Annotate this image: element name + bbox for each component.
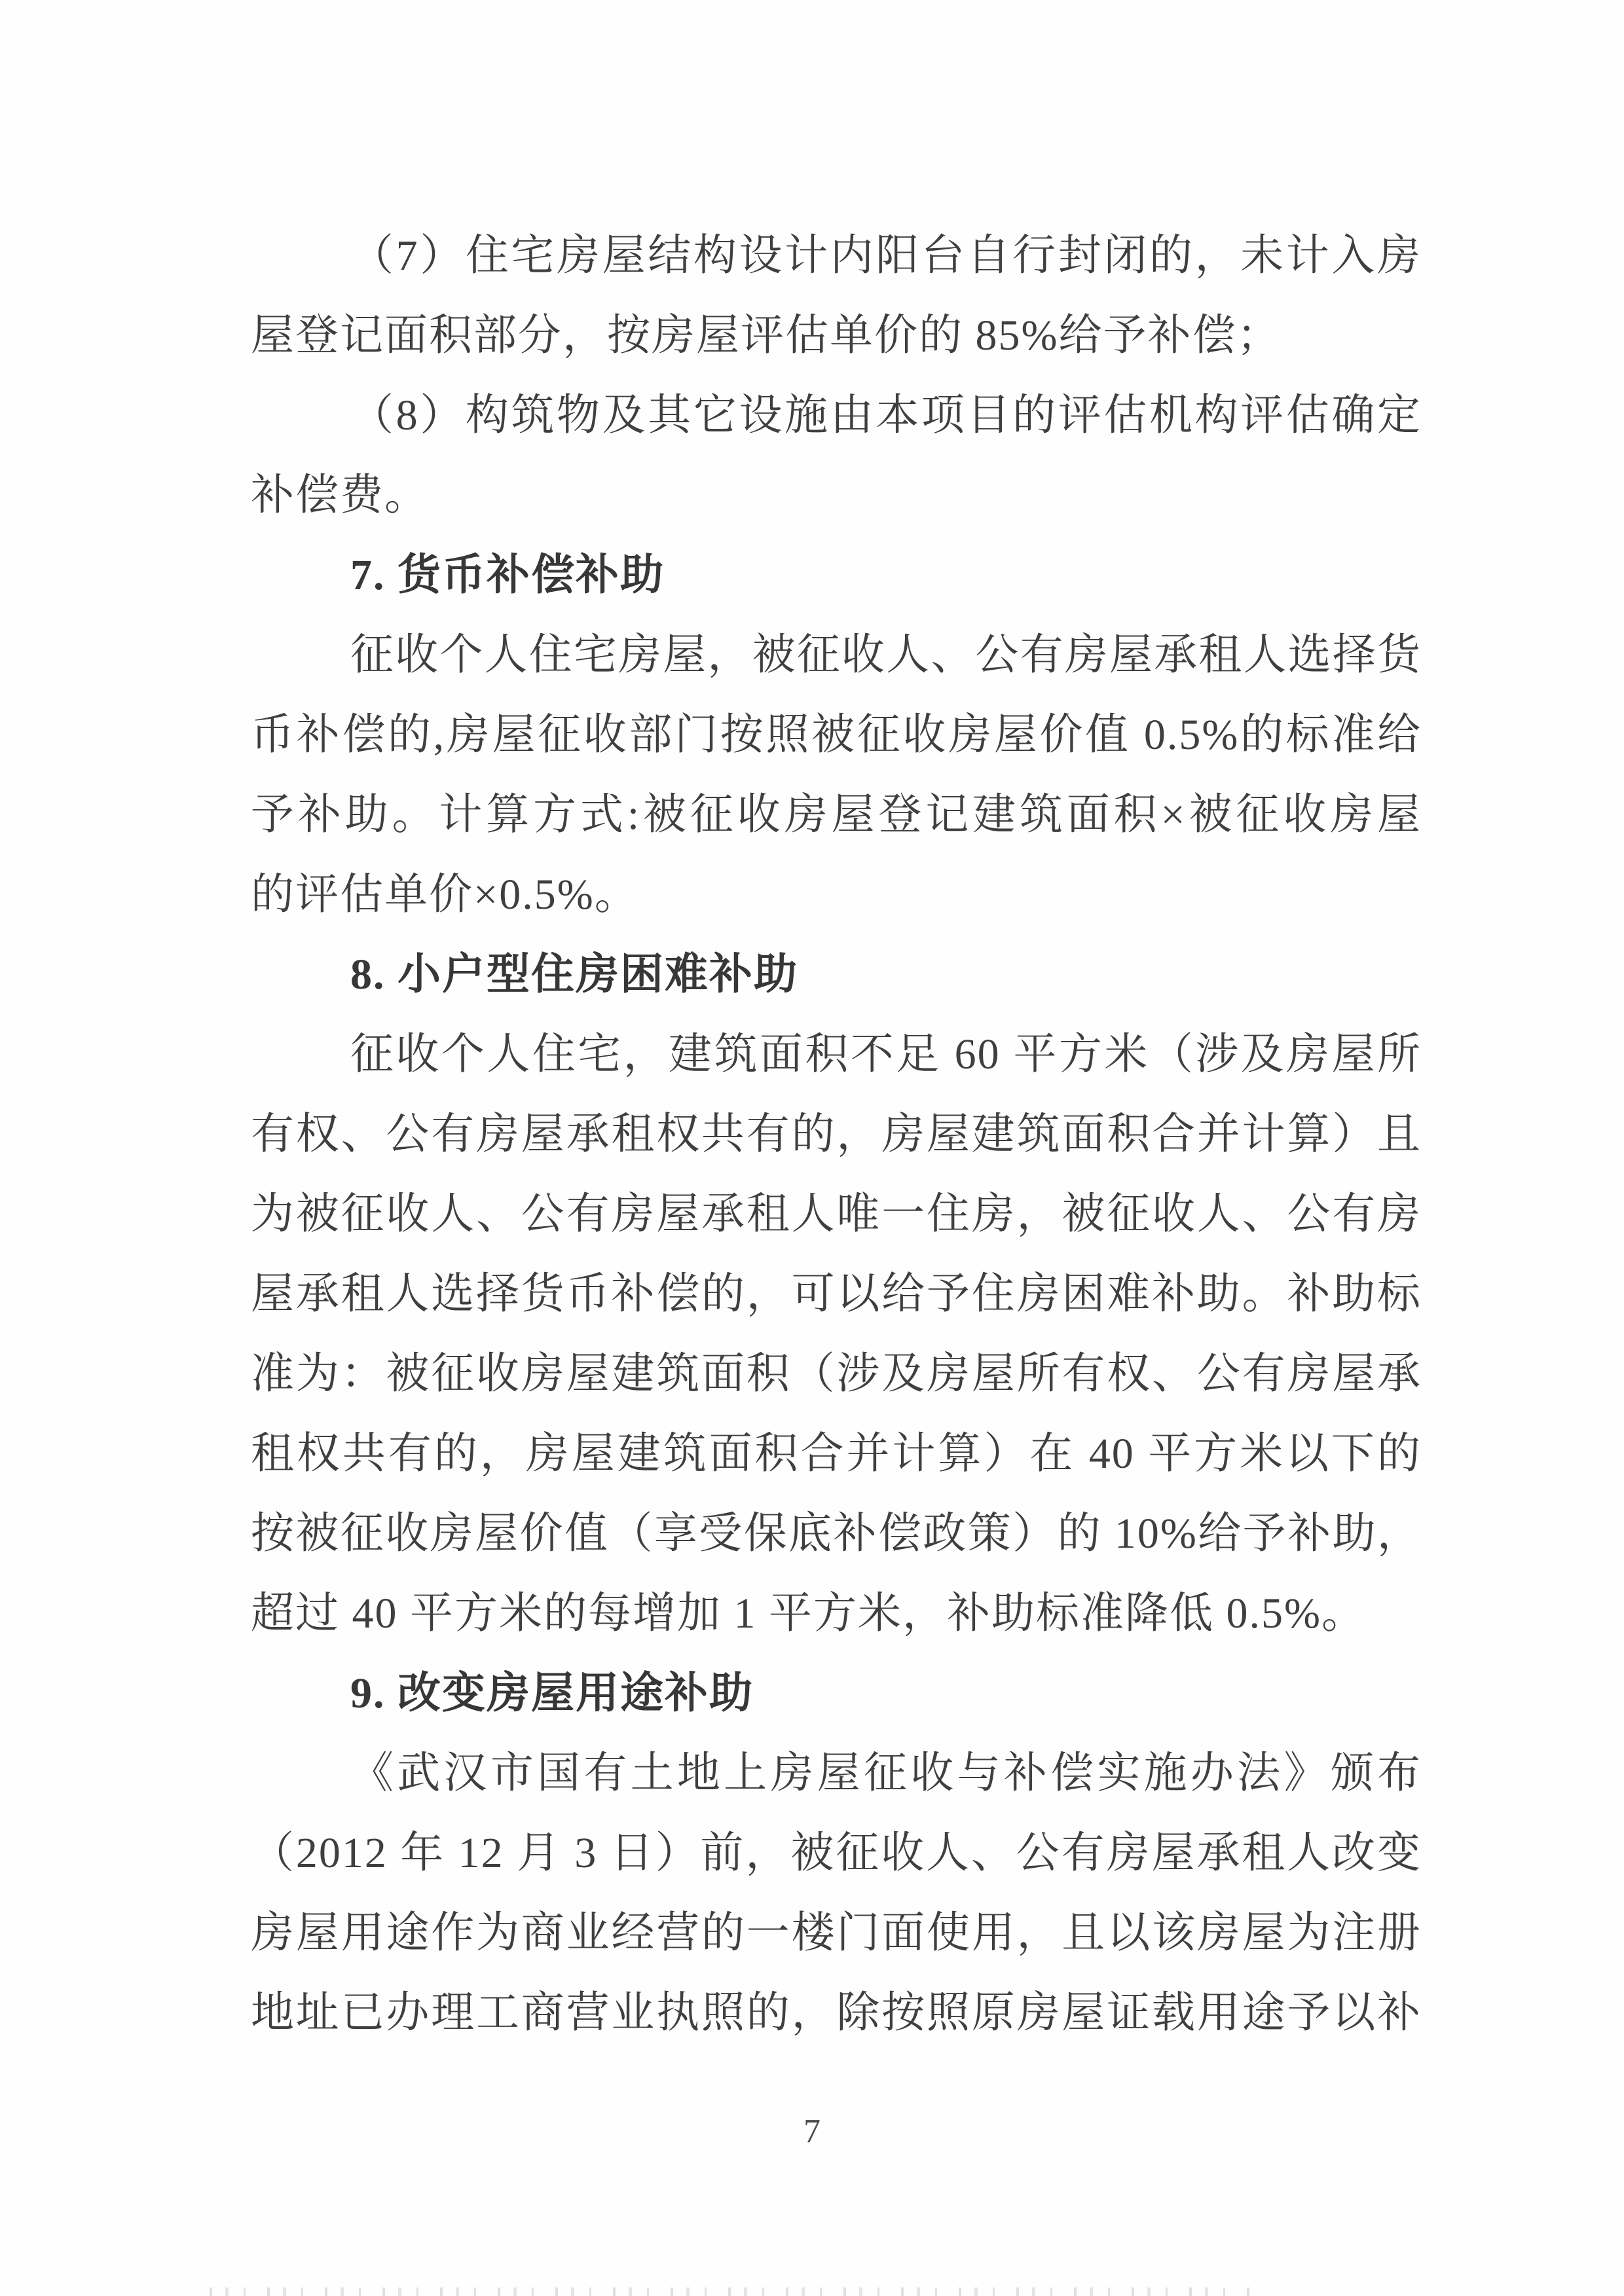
- text-line: 屋登记面积部分，按房屋评估单价的 85%给予补偿；: [251, 296, 1422, 376]
- text-line: 房屋用途作为商业经营的一楼门面使用，且以该房屋为注册: [251, 1893, 1422, 1973]
- text-line: 征收个人住宅，建筑面积不足 60 平方米（涉及房屋所: [251, 1015, 1422, 1095]
- section-heading: 7. 货币补偿补助: [251, 536, 1422, 615]
- page-number: 7: [0, 2112, 1624, 2151]
- text-line: 按被征收房屋价值（享受保底补偿政策）的 10%给予补助，: [251, 1494, 1422, 1574]
- text-line: 补偿费。: [251, 456, 1422, 536]
- next-page-bleed: [210, 2287, 1257, 2296]
- text-line: 租权共有的，房屋建筑面积合并计算）在 40 平方米以下的: [251, 1414, 1422, 1494]
- text-line: 准为：被征收房屋建筑面积（涉及房屋所有权、公有房屋承: [251, 1334, 1422, 1414]
- text-line: （2012 年 12 月 3 日）前，被征收人、公有房屋承租人改变: [251, 1813, 1422, 1893]
- section-heading: 9. 改变房屋用途补助: [251, 1654, 1422, 1734]
- text-line: 予补助。计算方式:被征收房屋登记建筑面积×被征收房屋: [251, 775, 1422, 855]
- text-line: 《武汉市国有土地上房屋征收与补偿实施办法》颁布: [251, 1734, 1422, 1813]
- text-line: 币补偿的,房屋征收部门按照被征收房屋价值 0.5%的标准给: [251, 695, 1422, 775]
- text-line: 地址已办理工商营业执照的，除按照原房屋证载用途予以补: [251, 1973, 1422, 2053]
- document-page: （7）住宅房屋结构设计内阳台自行封闭的，未计入房屋登记面积部分，按房屋评估单价的…: [0, 0, 1624, 2296]
- text-line: 超过 40 平方米的每增加 1 平方米，补助标准降低 0.5%。: [251, 1574, 1422, 1654]
- text-line: 征收个人住宅房屋，被征收人、公有房屋承租人选择货: [251, 615, 1422, 695]
- text-line: 的评估单价×0.5%。: [251, 855, 1422, 935]
- text-line: 屋承租人选择货币补偿的，可以给予住房困难补助。补助标: [251, 1254, 1422, 1334]
- text-line: （7）住宅房屋结构设计内阳台自行封闭的，未计入房: [251, 216, 1422, 296]
- section-heading: 8. 小户型住房困难补助: [251, 935, 1422, 1015]
- text-block: （7）住宅房屋结构设计内阳台自行封闭的，未计入房屋登记面积部分，按房屋评估单价的…: [251, 216, 1422, 2053]
- text-line: 有权、公有房屋承租权共有的，房屋建筑面积合并计算）且: [251, 1095, 1422, 1175]
- text-line: 为被征收人、公有房屋承租人唯一住房，被征收人、公有房: [251, 1175, 1422, 1254]
- text-line: （8）构筑物及其它设施由本项目的评估机构评估确定: [251, 376, 1422, 456]
